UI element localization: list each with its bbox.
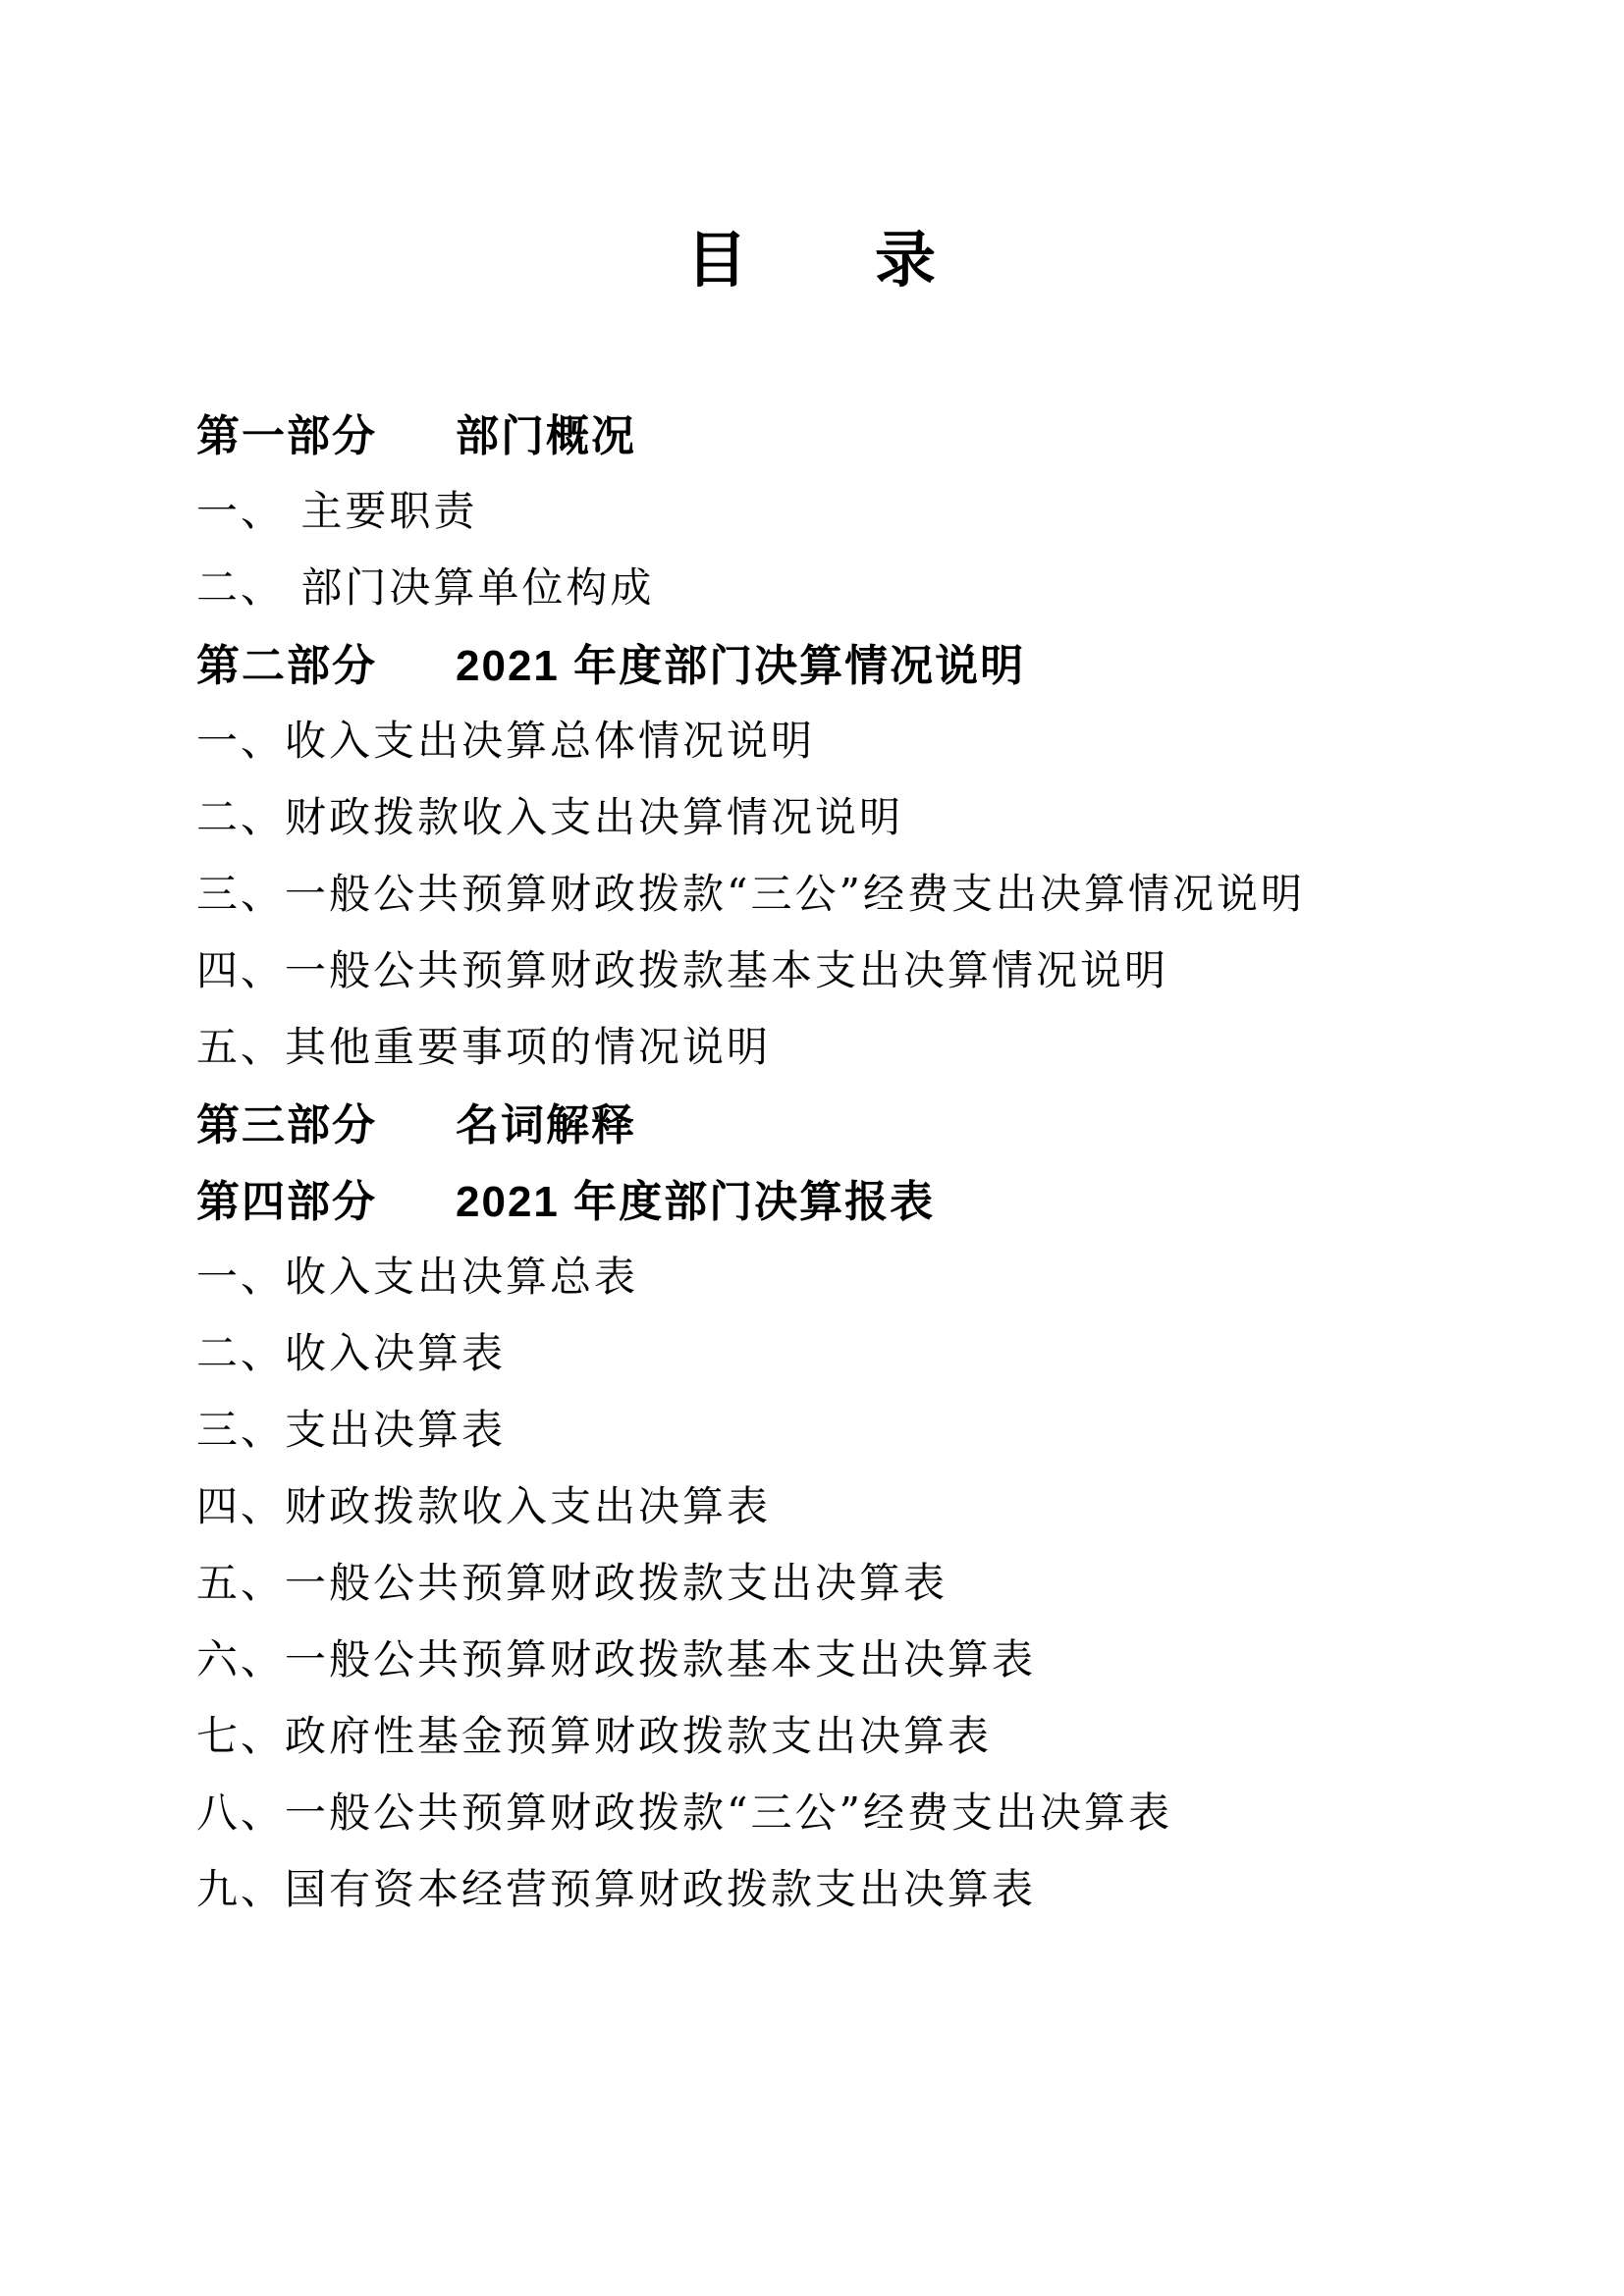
toc-item: 九、国有资本经营预算财政拨款支出决算表 [196, 1848, 1545, 1925]
page-title: 目 录 [0, 222, 1624, 300]
section-title: 部门概况 [456, 400, 636, 463]
toc-item: 二、收入决算表 [196, 1312, 1545, 1389]
toc-item-text: 二、 部门决算单位构成 [196, 556, 654, 614]
section-title: 名词解释 [456, 1090, 636, 1152]
toc-item: 五、其他重要事项的情况说明 [196, 1006, 1545, 1083]
toc-item: 三、支出决算表 [196, 1389, 1545, 1466]
toc-item: 七、政府性基金预算财政拨款支出决算表 [196, 1695, 1545, 1772]
toc-item-text: 三、一般公共预算财政拨款“三公”经费支出决算情况说明 [196, 862, 1305, 921]
section-title: 2021 年度部门决算情况说明 [456, 630, 1025, 693]
section-label: 第一部分 [196, 400, 377, 463]
section-label: 第四部分 [196, 1166, 377, 1229]
toc-item: 一、 主要职责 [196, 470, 1545, 547]
section-title: 2021 年度部门决算报表 [456, 1166, 935, 1229]
toc-item: 一、收入支出决算总体情况说明 [196, 700, 1545, 776]
toc-section-heading: 第一部分部门概况 [196, 394, 1545, 470]
toc-item-text: 五、一般公共预算财政拨款支出决算表 [196, 1551, 947, 1610]
toc-item-text: 五、其他重要事项的情况说明 [196, 1015, 771, 1074]
toc-item: 三、一般公共预算财政拨款“三公”经费支出决算情况说明 [196, 853, 1545, 930]
document-page: 目 录 第一部分部门概况一、 主要职责二、 部门决算单位构成第二部分2021 年… [0, 0, 1624, 2296]
toc-item: 四、财政拨款收入支出决算表 [196, 1466, 1545, 1542]
toc-section-heading: 第三部分名词解释 [196, 1083, 1545, 1159]
toc-item: 二、 部门决算单位构成 [196, 547, 1545, 623]
section-label: 第二部分 [196, 630, 377, 693]
toc-item-text: 九、国有资本经营预算财政拨款支出决算表 [196, 1857, 1036, 1916]
table-of-contents: 第一部分部门概况一、 主要职责二、 部门决算单位构成第二部分2021 年度部门决… [196, 394, 1545, 1925]
toc-item-text: 一、收入支出决算总体情况说明 [196, 709, 815, 768]
toc-item: 八、一般公共预算财政拨款“三公”经费支出决算表 [196, 1772, 1545, 1848]
section-label: 第三部分 [196, 1090, 377, 1152]
toc-item-text: 四、一般公共预算财政拨款基本支出决算情况说明 [196, 938, 1168, 997]
toc-section-heading: 第四部分2021 年度部门决算报表 [196, 1159, 1545, 1236]
toc-item-text: 一、收入支出决算总表 [196, 1245, 638, 1304]
toc-section-heading: 第二部分2021 年度部门决算情况说明 [196, 623, 1545, 700]
toc-item: 二、财政拨款收入支出决算情况说明 [196, 776, 1545, 853]
toc-item-text: 七、政府性基金预算财政拨款支出决算表 [196, 1704, 992, 1763]
toc-item-text: 六、一般公共预算财政拨款基本支出决算表 [196, 1628, 1036, 1686]
toc-item-text: 三、支出决算表 [196, 1398, 506, 1457]
toc-item: 五、一般公共预算财政拨款支出决算表 [196, 1542, 1545, 1619]
toc-item: 六、一般公共预算财政拨款基本支出决算表 [196, 1619, 1545, 1695]
toc-item: 一、收入支出决算总表 [196, 1236, 1545, 1312]
toc-item-text: 二、收入决算表 [196, 1321, 506, 1380]
toc-item-text: 二、财政拨款收入支出决算情况说明 [196, 785, 903, 844]
toc-item-text: 四、财政拨款收入支出决算表 [196, 1474, 771, 1533]
toc-item: 四、一般公共预算财政拨款基本支出决算情况说明 [196, 930, 1545, 1006]
toc-item-text: 一、 主要职责 [196, 479, 477, 538]
toc-item-text: 八、一般公共预算财政拨款“三公”经费支出决算表 [196, 1781, 1172, 1840]
